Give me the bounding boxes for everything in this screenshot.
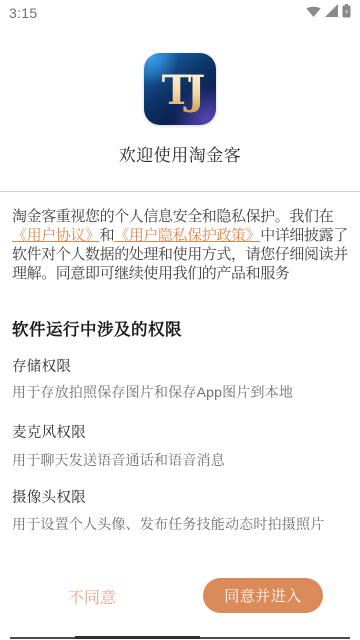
permission-storage-desc: 用于存放拍照保存图片和保存App图片到本地 — [12, 382, 293, 402]
permission-camera-title: 摄像头权限 — [12, 486, 86, 507]
disagree-button[interactable]: 不同意 — [40, 582, 144, 610]
permission-microphone-desc: 用于聊天发送语音通话和语音消息 — [12, 450, 225, 470]
intro-text: 和 — [100, 227, 115, 244]
status-bar: 3:15 — [0, 0, 360, 26]
wifi-icon — [306, 4, 321, 23]
cellular-signal-icon — [324, 4, 339, 23]
permission-camera-desc: 用于设置个人头像、发布任务技能动态时拍摄照片 — [12, 514, 324, 534]
status-time: 3:15 — [9, 5, 37, 21]
bottom-edge-artifact-segment — [75, 636, 200, 639]
app-logo: TJ — [144, 53, 216, 125]
agree-button[interactable]: 同意并进入 — [203, 578, 323, 613]
permission-microphone-title: 麦克风权限 — [12, 421, 86, 442]
permissions-heading: 软件运行中涉及的权限 — [12, 316, 182, 340]
user-agreement-link[interactable]: 《用户协议》 — [12, 227, 100, 244]
bottom-edge-artifact — [10, 637, 350, 639]
privacy-consent-screen: 3:15 TJ 欢迎使用淘金客 淘金客重视您的个人信息安全和隐私保护。我们在《用… — [0, 0, 360, 640]
app-logo-monogram: TJ — [144, 53, 216, 125]
status-icons — [306, 4, 351, 23]
divider — [0, 191, 360, 192]
intro-text: 淘金客重视您的个人信息安全和隐私保护。我们在 — [12, 208, 333, 225]
privacy-policy-link[interactable]: 《用户隐私保护政策》 — [114, 227, 260, 244]
privacy-intro-paragraph: 淘金客重视您的个人信息安全和隐私保护。我们在《用户协议》和《用户隐私保护政策》中… — [12, 207, 350, 283]
battery-icon — [342, 4, 351, 23]
permission-storage-title: 存储权限 — [12, 355, 71, 376]
welcome-title: 欢迎使用淘金客 — [0, 141, 360, 166]
svg-text:TJ: TJ — [162, 67, 205, 114]
